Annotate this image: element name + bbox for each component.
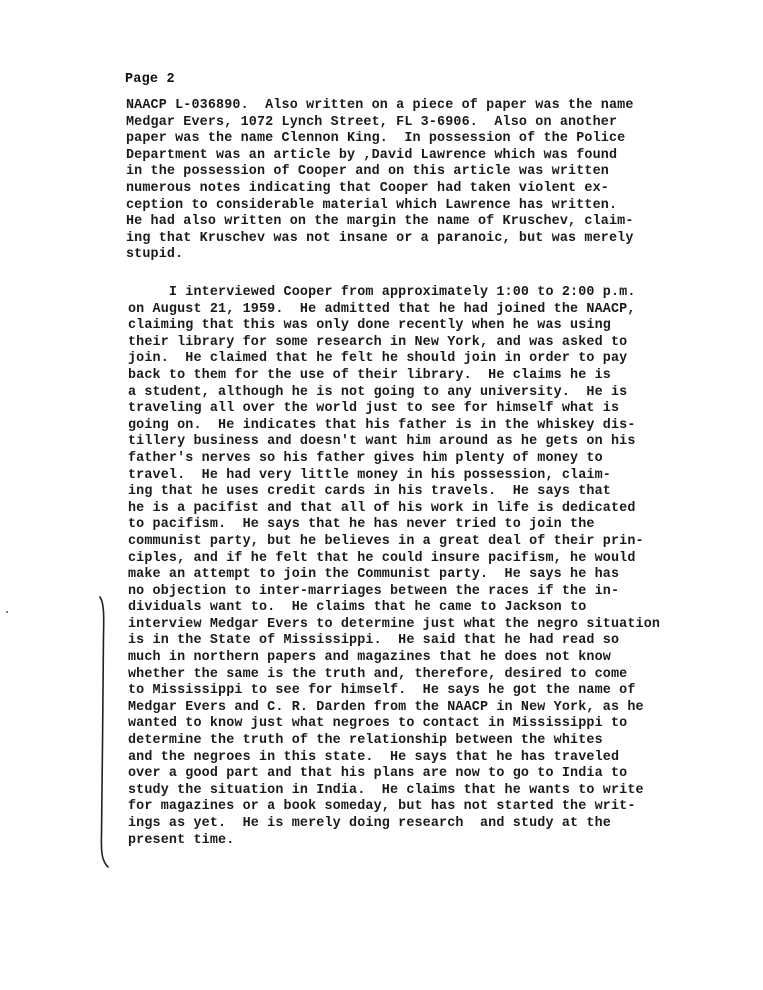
text-line: numerous notes indicating that Cooper ha… — [126, 181, 634, 198]
text-line: ing that he uses credit cards in his tra… — [128, 484, 660, 501]
text-line: no objection to inter-marriages between … — [128, 584, 660, 601]
text-line: to Mississippi to see for himself. He sa… — [128, 683, 660, 700]
text-line: on August 21, 1959. He admitted that he … — [128, 302, 660, 319]
text-line: interview Medgar Evers to determine just… — [128, 617, 660, 634]
text-line: claiming that this was only done recentl… — [128, 318, 660, 335]
scan-speck — [6, 611, 8, 613]
text-line: Department was an article by ,David Lawr… — [126, 148, 634, 165]
text-line: over a good part and that his plans are … — [128, 766, 660, 783]
text-line: ings as yet. He is merely doing research… — [128, 816, 660, 833]
handwritten-margin-bracket-icon — [96, 595, 110, 869]
text-line: He had also written on the margin the na… — [126, 214, 634, 231]
text-line: for magazines or a book someday, but has… — [128, 799, 660, 816]
text-line: Medgar Evers, 1072 Lynch Street, FL 3-69… — [126, 115, 634, 132]
text-line: make an attempt to join the Communist pa… — [128, 567, 660, 584]
text-line: going on. He indicates that his father i… — [128, 418, 660, 435]
text-line: to pacifism. He says that he has never t… — [128, 517, 660, 534]
text-line: I interviewed Cooper from approximately … — [128, 285, 660, 302]
paragraph-1: NAACP L-036890. Also written on a piece … — [126, 98, 634, 264]
text-line: wanted to know just what negroes to cont… — [128, 716, 660, 733]
text-line: ception to considerable material which L… — [126, 198, 634, 215]
text-line: traveling all over the world just to see… — [128, 401, 660, 418]
text-line: determine the truth of the relationship … — [128, 733, 660, 750]
text-line: NAACP L-036890. Also written on a piece … — [126, 98, 634, 115]
text-line: in the possession of Cooper and on this … — [126, 164, 634, 181]
text-line: dividuals want to. He claims that he cam… — [128, 600, 660, 617]
text-line: present time. — [128, 833, 660, 850]
text-line: is in the State of Mississippi. He said … — [128, 633, 660, 650]
text-line: travel. He had very little money in his … — [128, 468, 660, 485]
text-line: ing that Kruschev was not insane or a pa… — [126, 231, 634, 248]
text-line: stupid. — [126, 247, 634, 264]
text-line: their library for some research in New Y… — [128, 335, 660, 352]
text-line: paper was the name Clennon King. In poss… — [126, 131, 634, 148]
text-line: a student, although he is not going to a… — [128, 385, 660, 402]
text-line: Medgar Evers and C. R. Darden from the N… — [128, 700, 660, 717]
paragraph-2: I interviewed Cooper from approximately … — [128, 285, 660, 849]
text-line: much in northern papers and magazines th… — [128, 650, 660, 667]
text-line: he is a pacifist and that all of his wor… — [128, 501, 660, 518]
page-number-label: Page 2 — [125, 72, 175, 87]
text-line: and the negroes in this state. He says t… — [128, 750, 660, 767]
text-line: father's nerves so his father gives him … — [128, 451, 660, 468]
text-line: ciples, and if he felt that he could ins… — [128, 551, 660, 568]
text-line: whether the same is the truth and, there… — [128, 667, 660, 684]
text-line: study the situation in India. He claims … — [128, 783, 660, 800]
text-line: communist party, but he believes in a gr… — [128, 534, 660, 551]
text-line: back to them for the use of their librar… — [128, 368, 660, 385]
text-line: tillery business and doesn't want him ar… — [128, 434, 660, 451]
text-line: join. He claimed that he felt he should … — [128, 351, 660, 368]
